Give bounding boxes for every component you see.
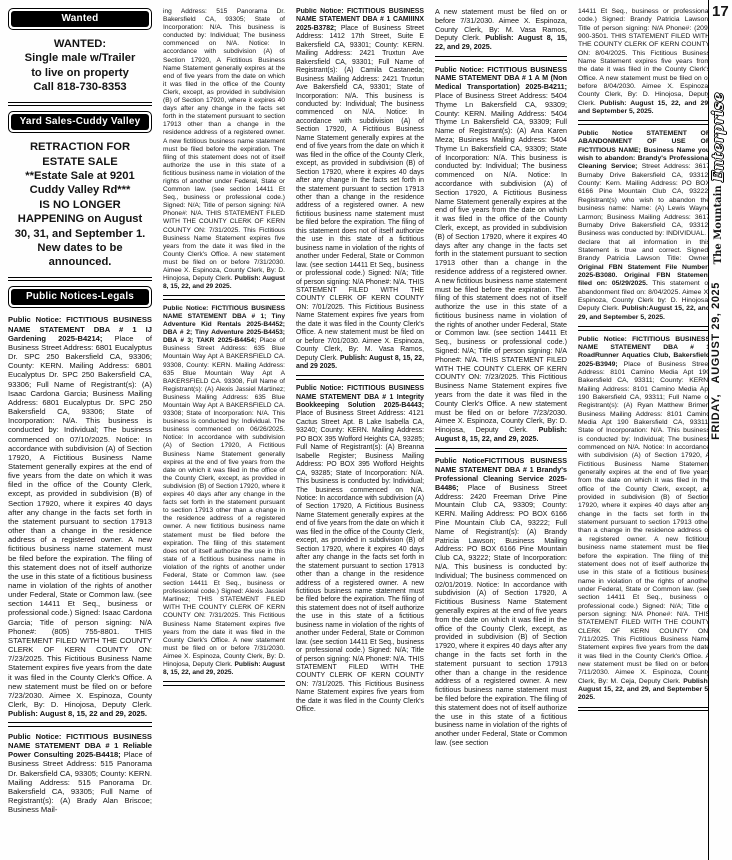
notice-body-text: Place of Business Street Address: 8101 C… <box>578 361 710 685</box>
ad-line: Cuddy Valley Rd*** <box>8 183 152 197</box>
notice-body-text: Place of Business Street Address: 515 Pa… <box>8 750 152 814</box>
column-3: Public Notice: FICTITIOUS BUSINESS NAME … <box>296 8 424 856</box>
columns: WantedWANTED:Single male w/Trailerto liv… <box>8 8 710 856</box>
notice-camiiinx: Public Notice: FICTITIOUS BUSINESS NAME … <box>296 8 424 371</box>
section-header-public-notices-label: Public Notices-Legals <box>11 289 149 305</box>
notice-body-text: Place of Business Street Address: 2420 F… <box>435 483 567 747</box>
newspaper-edge-rail: 17 The Mountain Enterprise FRIDAY, AUGUS… <box>708 0 732 860</box>
notice-statement-of-abandonment: Public Notice STATEMENT OF ABANDONMENT O… <box>578 130 710 322</box>
notice-a-m-non-medical-transportation: Public Notice: FICTITIOUS BUSINESS NAME … <box>435 66 567 444</box>
notice-body-text: Place of Business Street Address: 1412 1… <box>296 25 424 362</box>
notice-roadrunner-aquatics-club: Public Notice: FICTITIOUS BUSINESS NAME … <box>578 336 710 703</box>
double-rule-divider <box>8 102 152 107</box>
notice-body-text: Place of Business Street Address: 4121 C… <box>296 410 424 713</box>
double-rule-divider <box>296 375 424 380</box>
wanted-ad: WANTED:Single male w/Trailerto live on p… <box>8 37 152 95</box>
column-4: A new statement must be filed on or befo… <box>435 8 567 856</box>
ad-line: to live on property <box>8 66 152 80</box>
page-number: 17 <box>712 3 729 20</box>
ad-line: WANTED: <box>8 37 152 51</box>
double-rule-divider <box>578 326 710 331</box>
notice-reliable-power-consulting: Public Notice: FICTITIOUS BUSINESS NAME … <box>8 732 152 814</box>
notice-tiny-adventure-kid-rentals: Public Notice: FICTITIOUS BUSINESS NAME … <box>163 305 285 677</box>
newspaper-page: WantedWANTED:Single male w/Trailerto liv… <box>0 0 732 860</box>
masthead-prefix: The Mountain <box>713 182 724 265</box>
notice-reliable-power-consulting-continued: ing Address: 515 Panorama Dr. Bakersfiel… <box>163 8 285 291</box>
double-rule-divider <box>578 707 710 712</box>
notice-bold-text: Public Notice: FICTITIOUS BUSINESS NAME … <box>296 385 424 409</box>
ad-line: New dates to be <box>8 241 152 255</box>
double-rule-divider <box>163 295 285 300</box>
section-header-yard-sales: Yard Sales-Cuddy Valley <box>8 111 152 133</box>
notice-body-text: Place of Business Street Address: 5404 T… <box>435 91 567 434</box>
double-rule-divider <box>8 722 152 727</box>
notice-integrity-bookkeeping-continued: A new statement must be filed on or befo… <box>435 8 567 52</box>
double-rule-divider <box>8 277 152 282</box>
ad-line: 30, 31, and September 1. <box>8 227 152 241</box>
estate-sale-retraction-ad: RETRACTION FORESTATE SALE**Estate Sale a… <box>8 140 152 270</box>
section-header-public-notices: Public Notices-Legals <box>8 286 152 308</box>
section-header-wanted: Wanted <box>8 8 152 30</box>
double-rule-divider <box>578 120 710 125</box>
ad-line: announced. <box>8 255 152 269</box>
newspaper-masthead: The Mountain Enterprise <box>710 92 727 264</box>
ad-line: Single male w/Trailer <box>8 51 152 65</box>
ad-line: IS NO LONGER <box>8 198 152 212</box>
masthead-title: Enterprise <box>710 92 727 182</box>
ad-line: ESTATE SALE <box>8 155 152 169</box>
column-1: WantedWANTED:Single male w/Trailerto liv… <box>8 8 152 856</box>
notice-integrity-bookkeeping-solution: Public Notice: FICTITIOUS BUSINESS NAME … <box>296 385 424 715</box>
notice-brandys-professional-cleaning-continued: 14411 Et Seq., business or professional … <box>578 8 710 116</box>
ad-line: RETRACTION FOR <box>8 140 152 154</box>
notice-body-text: 14411 Et Seq., business or professional … <box>578 8 710 107</box>
notice-body-text: Place of Business Street Address: 6801 E… <box>8 334 152 709</box>
notice-bold-text: Publish: August 8, 15, 22 and 29, 2025. <box>8 709 147 718</box>
notice-body-text: Place of Business Street Address: 635 Bl… <box>163 337 285 668</box>
ad-line: HAPPENING on August <box>8 212 152 226</box>
section-header-yard-sales-label: Yard Sales-Cuddy Valley <box>11 114 149 130</box>
double-rule-divider <box>435 448 567 453</box>
ad-line: **Estate Sale at 9201 <box>8 169 152 183</box>
notice-body-text: Street Address: 3617 Burnaby Drive Baker… <box>578 163 710 262</box>
column-2: ing Address: 515 Panorama Dr. Bakersfiel… <box>163 8 285 856</box>
notice-body-text: ing Address: 515 Panorama Dr. Bakersfiel… <box>163 8 285 282</box>
double-rule-divider <box>163 681 285 686</box>
notice-ij-gardening: Public Notice: FICTITIOUS BUSINESS NAME … <box>8 315 152 718</box>
notice-brandys-professional-cleaning: Public NoticeFICTITIOUS BUSINESS NAME ST… <box>435 457 567 747</box>
notice-bold-text: Public Notice: FICTITIOUS BUSINESS NAME … <box>435 65 567 92</box>
section-header-wanted-label: Wanted <box>11 11 149 27</box>
column-5: 14411 Et Seq., business or professional … <box>578 8 710 856</box>
edition-dateline: FRIDAY, AUGUST 29, 2025 <box>710 282 722 440</box>
ad-line: Call 818-730-8353 <box>8 80 152 94</box>
double-rule-divider <box>435 56 567 61</box>
